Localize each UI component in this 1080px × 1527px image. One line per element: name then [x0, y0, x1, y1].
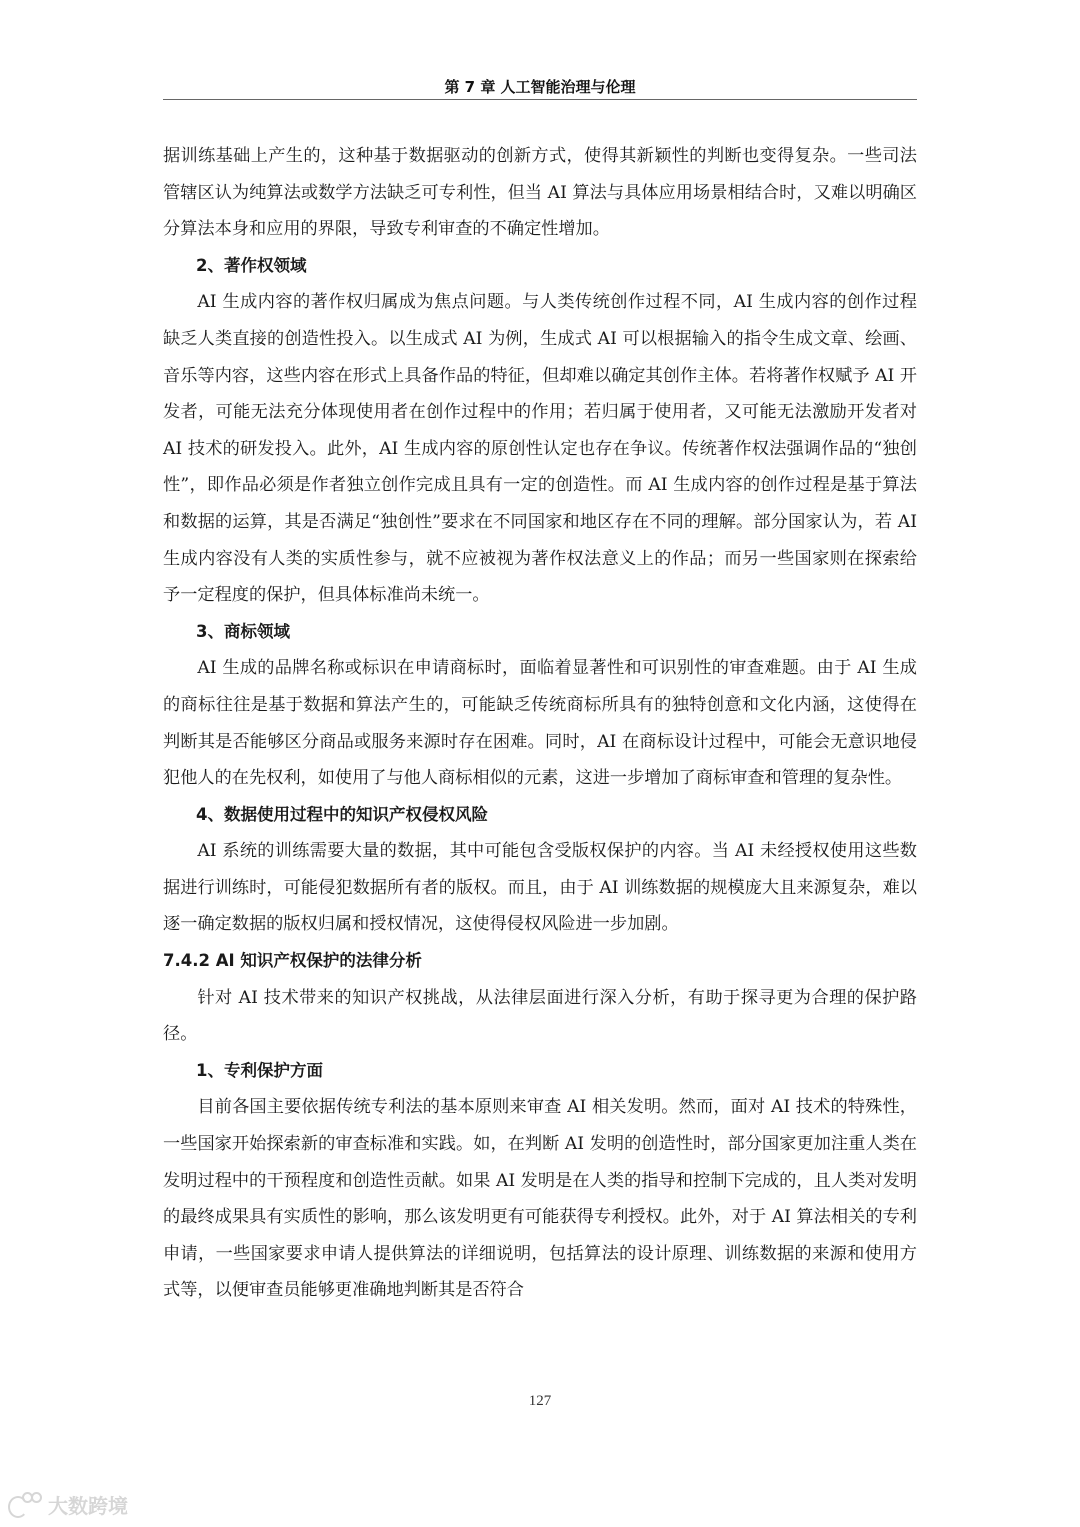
watermark-logo-icon [8, 1492, 42, 1518]
watermark: 大数跨境 [8, 1490, 128, 1519]
subheading-copyright: 2、著作权领域 [163, 248, 917, 285]
subheading-trademark: 3、商标领域 [163, 614, 917, 651]
header-rule [163, 99, 917, 100]
paragraph: AI 生成的品牌名称或标识在申请商标时，面临着显著性和可识别性的审查难题。由于 … [163, 650, 917, 796]
section-heading: 7.4.2 AI 知识产权保护的法律分析 [163, 943, 917, 980]
paragraph: AI 生成内容的著作权归属成为焦点问题。与人类传统创作过程不同，AI 生成内容的… [163, 284, 917, 613]
subheading-patent: 1、专利保护方面 [163, 1053, 917, 1090]
page-body: 据训练基础上产生的，这种基于数据驱动的创新方式，使得其新颖性的判断也变得复杂。一… [163, 138, 917, 1309]
paragraph: 据训练基础上产生的，这种基于数据驱动的创新方式，使得其新颖性的判断也变得复杂。一… [163, 138, 917, 248]
paragraph: 目前各国主要依据传统专利法的基本原则来审查 AI 相关发明。然而，面对 AI 技… [163, 1089, 917, 1309]
subheading-data-risk: 4、数据使用过程中的知识产权侵权风险 [163, 797, 917, 834]
running-header: 第 7 章 人工智能治理与伦理 [163, 76, 917, 97]
paragraph: AI 系统的训练需要大量的数据，其中可能包含受版权保护的内容。当 AI 未经授权… [163, 833, 917, 943]
page-number: 127 [0, 1393, 1080, 1410]
watermark-text: 大数跨境 [48, 1490, 128, 1519]
paragraph: 针对 AI 技术带来的知识产权挑战，从法律层面进行深入分析，有助于探寻更为合理的… [163, 980, 917, 1053]
